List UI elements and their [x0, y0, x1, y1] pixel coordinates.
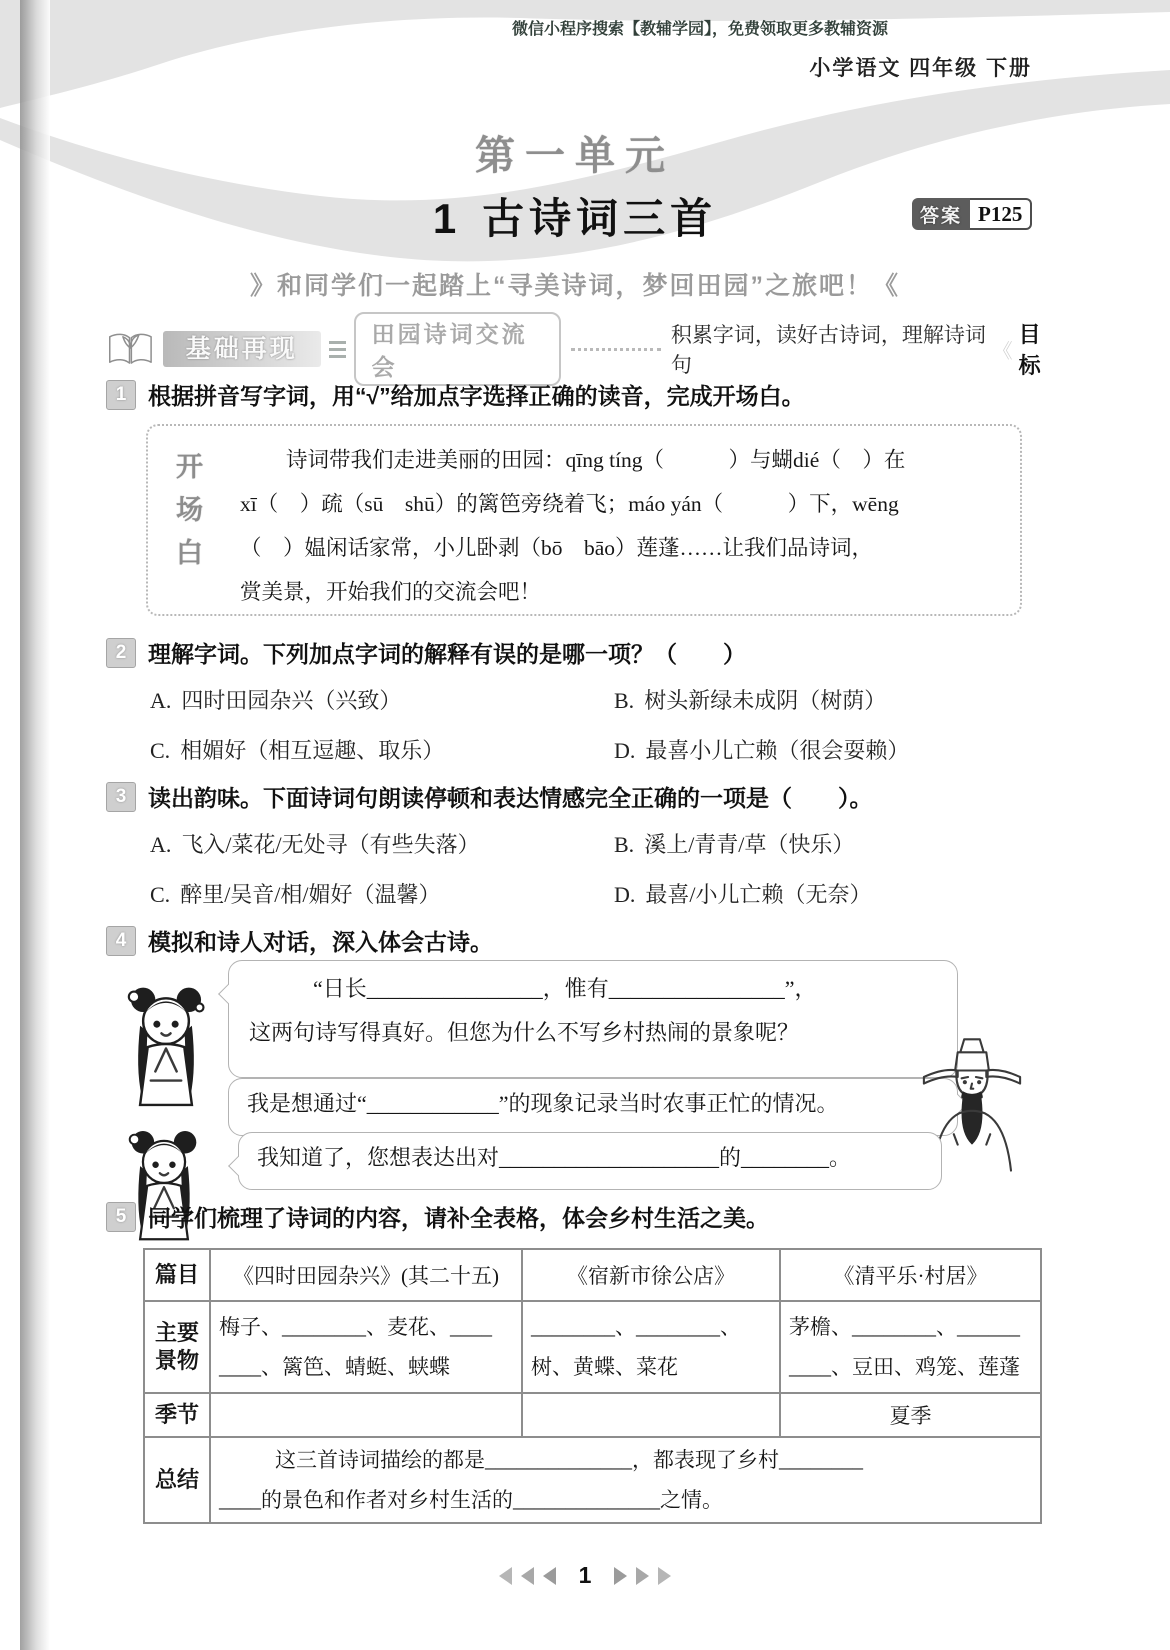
book-sprout-icon — [106, 328, 155, 370]
question-4: 4 模拟和诗人对话，深入体会古诗。 — [106, 924, 1066, 957]
question-5-stem: 同学们梳理了诗词的内容，请补全表格，体会乡村生活之美。 — [148, 1200, 769, 1233]
scenery-line: ________、________、 — [531, 1307, 771, 1347]
prev-page-icon — [543, 1567, 556, 1585]
next-page-icon — [658, 1567, 671, 1585]
page-binding-edge — [20, 0, 50, 1650]
girl-avatar — [120, 980, 212, 1108]
bubble-tail — [218, 984, 238, 1004]
section-goal-text: 积累字词，读好古诗词，理解诗词句 — [671, 319, 987, 379]
option-text: 飞入/菜花/无处寻（有些失落） — [181, 832, 479, 857]
summary-cell: 这三首诗词描绘的都是______________，都表现了乡村________ … — [210, 1437, 1041, 1523]
promo-banner: 微信小程序搜索【教辅学园】，免费领取更多教辅资源 — [230, 16, 1170, 39]
option-label: D. — [614, 882, 635, 907]
option-label: B. — [614, 832, 634, 857]
bubble-1-line-2: 这两句诗写得真好。但您为什么不写乡村热闹的景象呢？ — [249, 1011, 937, 1055]
scenery-line: 树、黄蝶、菜花 — [531, 1347, 771, 1387]
question-5: 5 同学们梳理了诗词的内容，请补全表格，体会乡村生活之美。 — [106, 1200, 1066, 1233]
option-label: C. — [150, 882, 170, 907]
unit-slogan: 》和同学们一起踏上“寻美诗词，梦回田园”之旅吧！《 — [0, 266, 1150, 302]
row-header-title: 篇目 — [144, 1249, 210, 1301]
season-cell — [210, 1393, 522, 1437]
scenery-line: 梅子、________、麦花、____ — [219, 1307, 513, 1347]
option-2b: B.树头新绿未成阴（树荫） — [614, 684, 886, 715]
table-row-titles: 篇目 《四时田园杂兴》(其二十五) 《宿新市徐公店》 《清平乐·村居》 — [144, 1249, 1041, 1301]
question-1: 1 根据拼音写字词，用“√”给加点字选择正确的读音，完成开场白。 — [106, 378, 1066, 411]
option-3a: A.飞入/菜花/无处寻（有些失落） — [150, 828, 480, 859]
lesson-title: 古诗词三首 — [482, 195, 717, 242]
question-3-number: 3 — [106, 782, 136, 812]
section-name: 基础再现 — [163, 331, 321, 367]
bubble-3-text: 我知道了，您想表达出对____________________的________… — [257, 1136, 923, 1180]
bubble-1-line-1: “日长________________，惟有________________”， — [249, 967, 937, 1011]
opening-remarks-label: 开场白 — [168, 452, 207, 581]
option-text: 最喜小儿亡赖（很会耍赖） — [645, 738, 909, 763]
question-1-stem: 根据拼音写字词，用“√”给加点字选择正确的读音，完成开场白。 — [148, 378, 805, 411]
row-header-scenery: 主要景物 — [144, 1301, 210, 1393]
question-2-stem: 理解字词。下列加点字词的解释有误的是哪一项？（ ） — [148, 636, 746, 669]
decoration-lines-icon — [329, 341, 346, 358]
answer-badge-page: P125 — [970, 198, 1032, 230]
question-1-number: 1 — [106, 380, 136, 410]
opening-line: 赏美景，开始我们的交流会吧！ — [240, 570, 1008, 614]
scenery-cell: ________、________、 树、黄蝶、菜花 — [522, 1301, 780, 1393]
summary-line: ____的景色和作者对乡村生活的______________之情。 — [219, 1480, 1032, 1520]
row-header-summary: 总结 — [144, 1437, 210, 1523]
option-2a: A.四时田园杂兴（兴致） — [150, 684, 401, 715]
poem-title-cell: 《清平乐·村居》 — [780, 1249, 1041, 1301]
question-4-number: 4 — [106, 926, 136, 956]
option-label: D. — [614, 738, 635, 763]
answer-badge-label: 答案 — [912, 198, 970, 230]
option-3b: B.溪上/青青/草（快乐） — [614, 828, 854, 859]
option-text: 最喜/小儿亡赖（无奈） — [645, 882, 871, 907]
option-label: A. — [150, 832, 171, 857]
poem-title-cell: 《宿新市徐公店》 — [522, 1249, 780, 1301]
option-text: 树头新绿未成阴（树荫） — [644, 688, 886, 713]
question-2-number: 2 — [106, 638, 136, 668]
question-2: 2 理解字词。下列加点字词的解释有误的是哪一项？（ ） — [106, 636, 1066, 669]
question-3-stem: 读出韵味。下面诗词句朗读停顿和表达情感完全正确的一项是（ ）。 — [148, 780, 873, 813]
prev-page-icon — [499, 1567, 512, 1585]
table-row-season: 季节 夏季 — [144, 1393, 1041, 1437]
lesson-number: 1 — [433, 195, 456, 242]
opening-line: （ ）媪闲话家常，小儿卧剥（bō bāo）莲蓬……让我们品诗词， — [240, 526, 1008, 570]
answer-badge: 答案 P125 — [912, 198, 1032, 230]
table-row-summary: 总结 这三首诗词描绘的都是______________，都表现了乡村______… — [144, 1437, 1041, 1523]
option-2c: C.相媚好（相互逗趣、取乐） — [150, 734, 444, 765]
question-3: 3 读出韵味。下面诗词句朗读停顿和表达情感完全正确的一项是（ ）。 — [106, 780, 1066, 813]
book-info: 小学语文 四年级 下册 — [809, 52, 1032, 82]
scenery-cell: 梅子、________、麦花、____ ____、篱笆、蜻蜓、蛱蝶 — [210, 1301, 522, 1393]
dialogue-bubble-girl-1: “日长________________，惟有________________”，… — [228, 960, 958, 1078]
option-text: 溪上/青青/草（快乐） — [644, 832, 854, 857]
scenery-line: ____、篱笆、蜻蜓、蛱蝶 — [219, 1347, 513, 1387]
poem-title-cell: 《四时田园杂兴》(其二十五) — [210, 1249, 522, 1301]
next-page-icon — [636, 1567, 649, 1585]
option-text: 醉里/吴音/相/媚好（温馨） — [180, 882, 440, 907]
goal-label: 目标 — [1019, 318, 1060, 380]
opening-line: xī（ ）疏（sū shū）的篱笆旁绕着飞；máo yán（ ）下，wēng — [240, 482, 1008, 526]
scenery-line: 茅檐、________、______ — [789, 1307, 1032, 1347]
prev-page-icon — [521, 1567, 534, 1585]
dialogue-bubble-girl-2: 我知道了，您想表达出对____________________的________… — [238, 1132, 942, 1190]
option-2d: D.最喜小儿亡赖（很会耍赖） — [614, 734, 909, 765]
option-text: 四时田园杂兴（兴致） — [181, 688, 401, 713]
summary-line: 这三首诗词描绘的都是______________，都表现了乡村________ — [219, 1440, 1032, 1480]
opening-remarks-box: 开场白 诗词带我们走进美丽的田园：qīng tíng（ ）与蝴dié（ ）在 x… — [146, 424, 1022, 616]
question-4-stem: 模拟和诗人对话，深入体会古诗。 — [148, 924, 493, 957]
scenery-line: ____、豆田、鸡笼、莲蓬 — [789, 1347, 1032, 1387]
dialogue-bubble-poet: 我是想通过“____________”的现象记录当时农事正忙的情况。 — [228, 1078, 958, 1136]
row-header-season: 季节 — [144, 1393, 210, 1437]
dotted-connector — [571, 348, 661, 351]
section-theme: 田园诗词交流会 — [354, 312, 561, 386]
season-cell: 夏季 — [780, 1393, 1041, 1437]
page-number: 1 — [579, 1562, 592, 1589]
bubble-tail — [228, 1156, 248, 1176]
season-cell — [522, 1393, 780, 1437]
option-label: B. — [614, 688, 634, 713]
section-header-bar: 基础再现 田园诗词交流会 积累字词，读好古诗词，理解诗词句 《 目标 — [106, 312, 1060, 386]
unit-title: 第一单元 — [0, 124, 1150, 181]
opening-line: 诗词带我们走进美丽的田园：qīng tíng（ ）与蝴dié（ ）在 — [240, 438, 1008, 482]
page-footer: 1 — [0, 1562, 1170, 1589]
option-3c: C.醉里/吴音/相/媚好（温馨） — [150, 878, 441, 909]
option-3d: D.最喜/小儿亡赖（无奈） — [614, 878, 872, 909]
bubble-2-text: 我是想通过“____________”的现象记录当时农事正忙的情况。 — [247, 1082, 939, 1126]
next-page-icon — [614, 1567, 627, 1585]
poems-summary-table: 篇目 《四时田园杂兴》(其二十五) 《宿新市徐公店》 《清平乐·村居》 主要景物… — [143, 1248, 1042, 1524]
table-row-scenery: 主要景物 梅子、________、麦花、____ ____、篱笆、蜻蜓、蛱蝶 _… — [144, 1301, 1041, 1393]
option-label: A. — [150, 688, 171, 713]
scenery-cell: 茅檐、________、______ ____、豆田、鸡笼、莲蓬 — [780, 1301, 1041, 1393]
workbook-page: 微信小程序搜索【教辅学园】，免费领取更多教辅资源 小学语文 四年级 下册 第一单… — [0, 0, 1170, 1650]
option-label: C. — [150, 738, 170, 763]
goal-chevron-icon: 《 — [993, 335, 1013, 364]
opening-remarks-text: 诗词带我们走进美丽的田园：qīng tíng（ ）与蝴dié（ ）在 xī（ ）… — [240, 438, 1008, 614]
option-text: 相媚好（相互逗趣、取乐） — [180, 738, 444, 763]
question-5-number: 5 — [106, 1202, 136, 1232]
